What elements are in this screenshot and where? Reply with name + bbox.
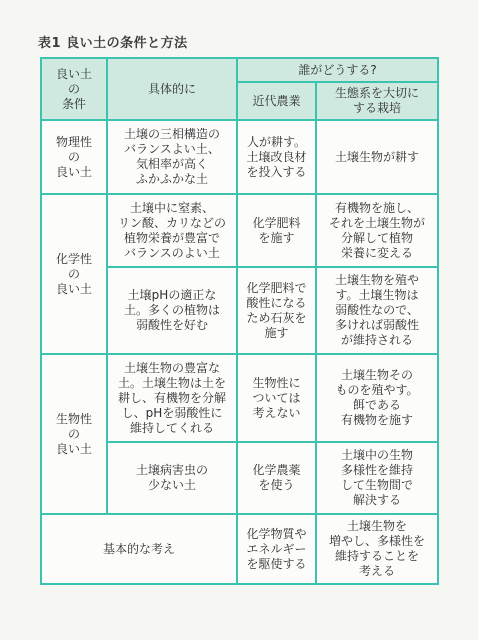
header-good-soil-condition: 良い土 の 条件 (41, 58, 107, 120)
physical-concrete-cell: 土壌の三相構造の バランスよい土、 気相率が高く ふかふかな土 (107, 120, 237, 194)
biological-2-modern-cell: 化学農薬 を使う (237, 442, 316, 514)
table-row-biological-1: 生物性 の 良い土 土壌生物の豊富な 土。土壌生物は土を 耕し、有機物を分解 し… (41, 354, 438, 442)
table-row-basic-idea: 基本的な考え 化学物質や エネルギー を駆使する 土壌生物を 増やし、多様性を … (41, 514, 438, 584)
basic-idea-eco-cell: 土壌生物を 増やし、多様性を 維持することを 考える (316, 514, 438, 584)
table-row-chemical-1: 化学性 の 良い土 土壌中に窒素、 リン酸、カリなどの 植物栄養が豊富で バラン… (41, 194, 438, 267)
soil-conditions-table: 良い土 の 条件 具体的に 誰がどうする? 近代農業 生態系を大切に する栽培 … (40, 57, 439, 585)
biological-1-eco-cell: 土壌生物その ものを殖やす。 餌である 有機物を施す (316, 354, 438, 442)
header-concrete: 具体的に (107, 58, 237, 120)
basic-idea-label-cell: 基本的な考え (41, 514, 237, 584)
chemical-1-concrete-cell: 土壌中に窒素、 リン酸、カリなどの 植物栄養が豊富で バランスのよい土 (107, 194, 237, 267)
chemical-1-modern-cell: 化学肥料 を施す (237, 194, 316, 267)
row-label-physical: 物理性 の 良い土 (41, 120, 107, 194)
table-title: 表1 良い土の条件と方法 (38, 32, 188, 51)
header-ecosystem-cultivation: 生態系を大切に する栽培 (316, 82, 438, 120)
row-label-biological: 生物性 の 良い土 (41, 354, 107, 514)
physical-modern-cell: 人が耕す。 土壌改良材 を投入する (237, 120, 316, 194)
biological-1-concrete-cell: 土壌生物の豊富な 土。土壌生物は土を 耕し、有機物を分解 し、pHを弱酸性に 維… (107, 354, 237, 442)
chemical-2-modern-cell: 化学肥料で 酸性になる ため石灰を 施す (237, 267, 316, 354)
chemical-2-concrete-cell: 土壌pHの適正な 土。多くの植物は 弱酸性を好む (107, 267, 237, 354)
basic-idea-modern-cell: 化学物質や エネルギー を駆使する (237, 514, 316, 584)
physical-eco-cell: 土壌生物が耕す (316, 120, 438, 194)
header-who-does-what: 誰がどうする? (237, 58, 438, 82)
biological-1-modern-cell: 生物性に ついては 考えない (237, 354, 316, 442)
table-row-physical: 物理性 の 良い土 土壌の三相構造の バランスよい土、 気相率が高く ふかふかな… (41, 120, 438, 194)
biological-2-eco-cell: 土壌中の生物 多様性を維持 して生物間で 解決する (316, 442, 438, 514)
header-modern-agriculture: 近代農業 (237, 82, 316, 120)
biological-2-concrete-cell: 土壌病害虫の 少ない土 (107, 442, 237, 514)
chemical-1-eco-cell: 有機物を施し、 それを土壌生物が 分解して植物 栄養に変える (316, 194, 438, 267)
chemical-2-eco-cell: 土壌生物を殖や す。土壌生物は 弱酸性なので、 多ければ弱酸性 が維持される (316, 267, 438, 354)
row-label-chemical: 化学性 の 良い土 (41, 194, 107, 354)
header-row-1: 良い土 の 条件 具体的に 誰がどうする? (41, 58, 438, 82)
